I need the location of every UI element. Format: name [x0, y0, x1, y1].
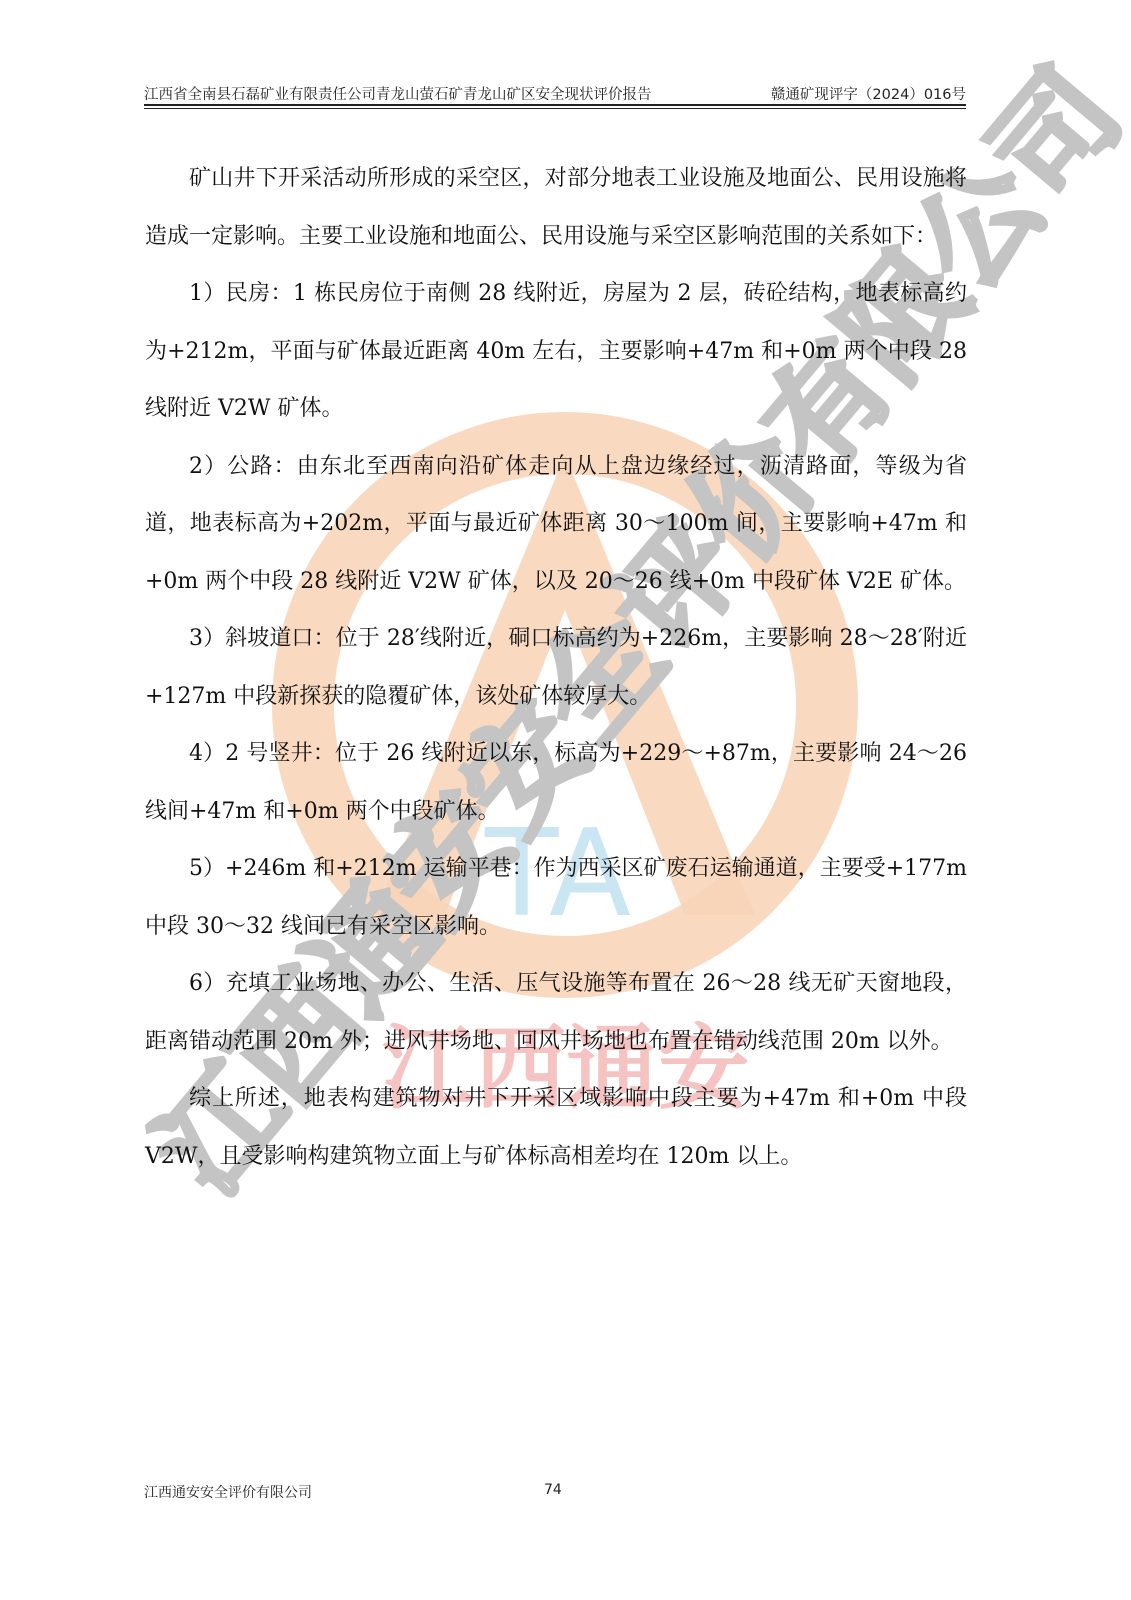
paragraph-item-6-facilities: 6）充填工业场地、办公、生活、压气设施等布置在 26～28 线无矿天窗地段，距离…	[145, 955, 967, 1070]
header-rule-thick	[144, 104, 966, 106]
paragraph-intro: 矿山井下开采活动所形成的采空区，对部分地表工业设施及地面公、民用设施将造成一定影…	[145, 150, 967, 265]
report-number: 赣通矿现评字（2024）016号	[771, 83, 966, 104]
paragraph-item-1-residence: 1）民房：1 栋民房位于南侧 28 线附近，房屋为 2 层，砖砼结构，地表标高约…	[145, 265, 967, 438]
header-rule-thin	[144, 108, 966, 109]
page-number: 74	[544, 1482, 562, 1498]
document-body: 矿山井下开采活动所形成的采空区，对部分地表工业设施及地面公、民用设施将造成一定影…	[145, 150, 967, 1185]
footer-company: 江西通安安全评价有限公司	[144, 1482, 312, 1502]
paragraph-summary: 综上所述，地表构建筑物对井下开采区域影响中段主要为+47m 和+0m 中段 V2…	[145, 1070, 967, 1185]
paragraph-item-4-shaft: 4）2 号竖井：位于 26 线附近以东，标高为+229～+87m，主要影响 24…	[145, 725, 967, 840]
report-title: 江西省全南县石磊矿业有限责任公司青龙山萤石矿青龙山矿区安全现状评价报告	[144, 83, 652, 104]
page-header: 江西省全南县石磊矿业有限责任公司青龙山萤石矿青龙山矿区安全现状评价报告 赣通矿现…	[144, 78, 966, 104]
paragraph-item-5-haulage-drift: 5）+246m 和+212m 运输平巷：作为西采区矿废石运输通道，主要受+177…	[145, 840, 967, 955]
paragraph-item-3-ramp-entrance: 3）斜坡道口：位于 28′线附近，硐口标高约为+226m，主要影响 28～28′…	[145, 610, 967, 725]
paragraph-item-2-road: 2）公路：由东北至西南向沿矿体走向从上盘边缘经过，沥清路面，等级为省道，地表标高…	[145, 438, 967, 611]
